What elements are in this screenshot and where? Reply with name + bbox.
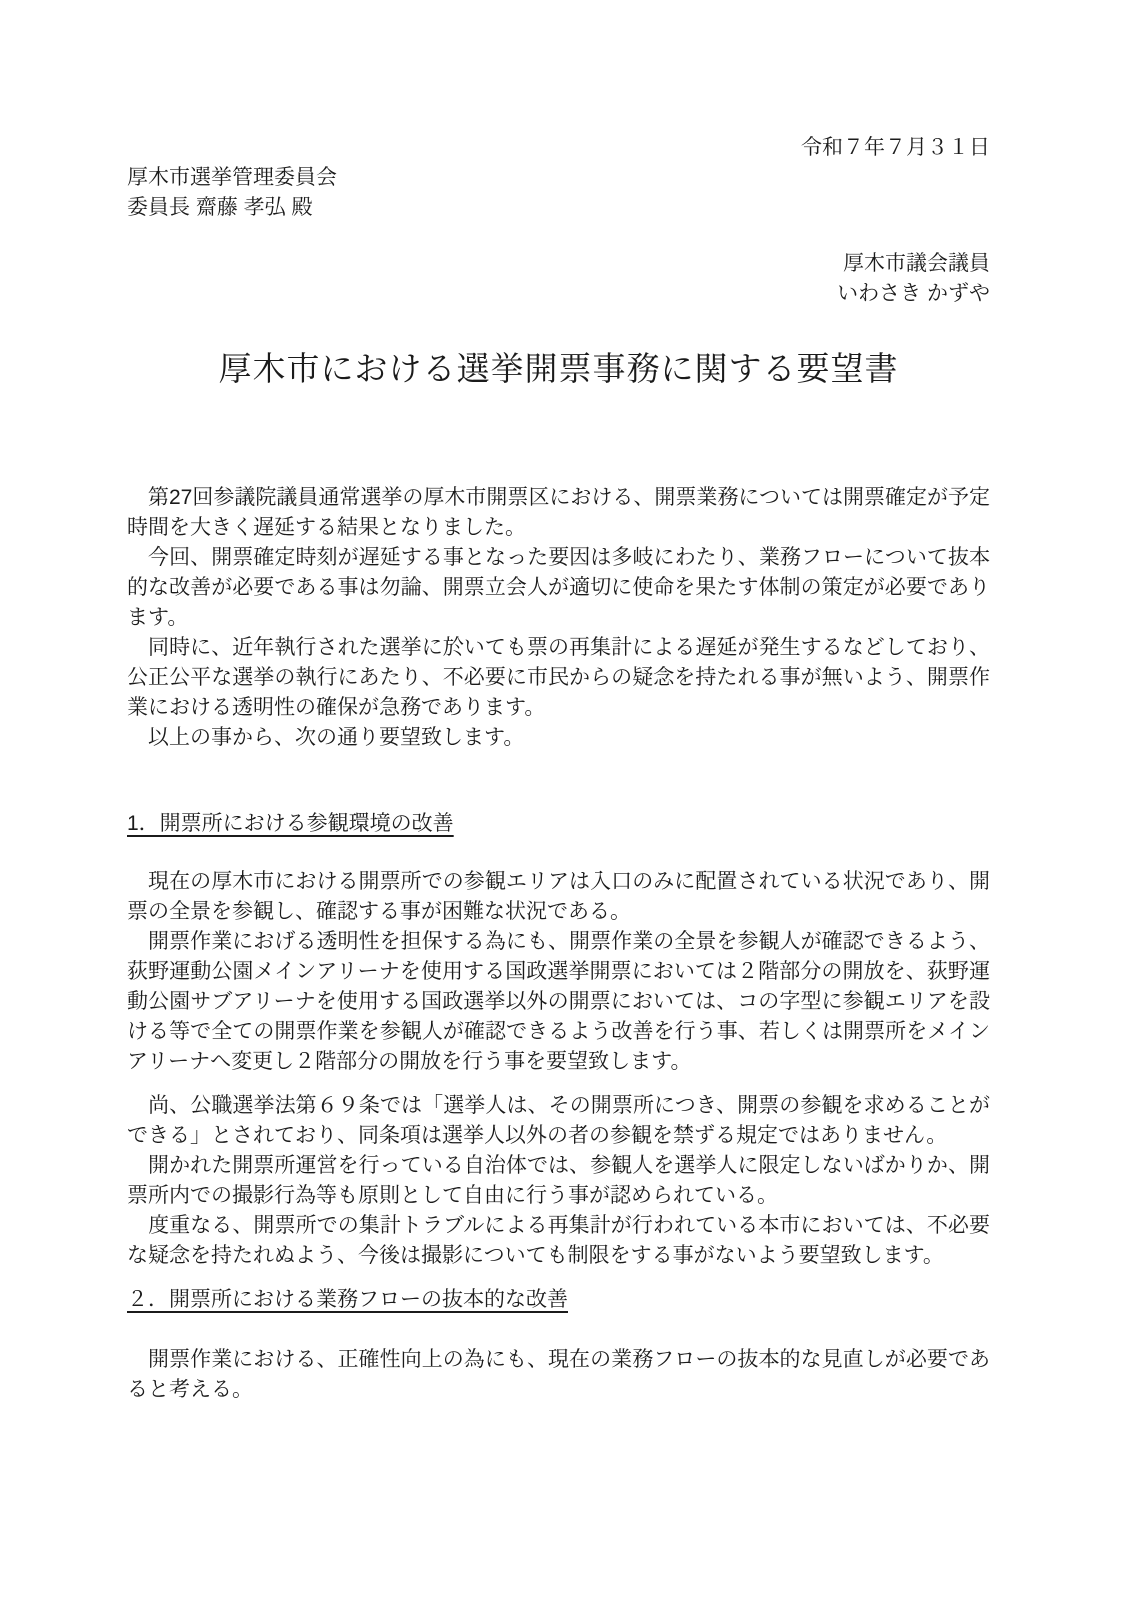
document-date: 令和７年７月３１日 bbox=[127, 133, 990, 163]
lead-in-sentence: 以上の事から、次の通り要望致します。 bbox=[127, 723, 990, 753]
intro-block: 第27回参議院議員通常選挙の厚木市開票区における、開票業務については開票確定が予… bbox=[127, 483, 990, 723]
intro-paragraph: 同時に、近年執行された選挙に於いても票の再集計による遅延が発生するなどしており、… bbox=[127, 633, 990, 723]
section-1-paragraph: 現在の厚木市における開票所での参観エリアは入口のみに配置されている状況であり、開… bbox=[127, 867, 990, 927]
intro-paragraph: 第27回参議院議員通常選挙の厚木市開票区における、開票業務については開票確定が予… bbox=[127, 483, 990, 543]
section-2: ２．開票所における業務フローの抜本的な改善 開票作業における、正確性向上の為にも… bbox=[127, 1285, 990, 1405]
section-1-heading: 1．開票所における参観環境の改善 bbox=[127, 809, 990, 839]
recipient-organization: 厚木市選挙管理委員会 bbox=[127, 163, 990, 193]
document-page: 令和７年７月３１日 厚木市選挙管理委員会 委員長 齋藤 孝弘 殿 厚木市議会議員… bbox=[0, 0, 1126, 1600]
section-2-heading: ２．開票所における業務フローの抜本的な改善 bbox=[127, 1285, 990, 1315]
section-2-paragraph: 開票作業における、正確性向上の為にも、現在の業務フローの抜本的な見直しが必要であ… bbox=[127, 1345, 990, 1405]
section-2-paragraph-group: 開票作業における、正確性向上の為にも、現在の業務フローの抜本的な見直しが必要であ… bbox=[127, 1345, 990, 1405]
section-1-paragraph: 開票作業におげる透明性を担保する為にも、開票作業の全景を参観人が確認できるよう、… bbox=[127, 927, 990, 1077]
sender-block: 厚木市議会議員 いわさき かずや bbox=[127, 249, 990, 309]
section-1-paragraph-group-a: 現在の厚木市における開票所での参観エリアは入口のみに配置されている状況であり、開… bbox=[127, 867, 990, 1077]
section-1: 1．開票所における参観環境の改善 現在の厚木市における開票所での参観エリアは入口… bbox=[127, 809, 990, 1271]
section-1-paragraph: 度重なる、開票所での集計トラブルによる再集計が行われている本市においては、不必要… bbox=[127, 1211, 990, 1271]
intro-paragraph: 今回、開票確定時刻が遅延する事となった要因は多岐にわたり、業務フローについて抜本… bbox=[127, 543, 990, 633]
section-1-paragraph-group-b: 尚、公職選挙法第６９条では「選挙人は、その開票所につき、開票の参観を求めることが… bbox=[127, 1091, 990, 1271]
section-1-paragraph: 開かれた開票所運営を行っている自治体では、参観人を選挙人に限定しないばかりか、開… bbox=[127, 1151, 990, 1211]
document-title: 厚木市における選挙開票事務に関する要望書 bbox=[127, 347, 990, 391]
sender-title: 厚木市議会議員 bbox=[127, 249, 990, 279]
sender-name: いわさき かずや bbox=[127, 279, 990, 309]
recipient-person: 委員長 齋藤 孝弘 殿 bbox=[127, 193, 990, 223]
section-1-paragraph: 尚、公職選挙法第６９条では「選挙人は、その開票所につき、開票の参観を求めることが… bbox=[127, 1091, 990, 1151]
